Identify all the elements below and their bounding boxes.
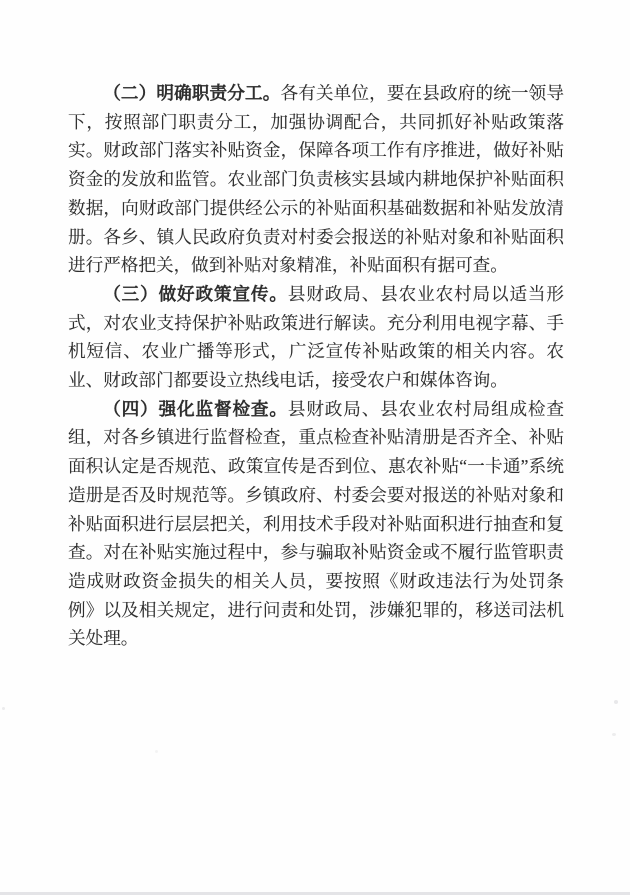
scan-speckle: [612, 733, 616, 736]
paragraph-duty-division: （二）明确职责分工。各有关单位，要在县政府的统一领导下，按照部门职责分工，加强协…: [68, 79, 564, 280]
scan-speckle: [2, 707, 5, 710]
section-heading-3: （三）做好政策宣传。: [103, 284, 288, 304]
scan-speckle: [155, 750, 158, 753]
scanned-document-page: （二）明确职责分工。各有关单位，要在县政府的统一领导下，按照部门职责分工，加强协…: [0, 0, 630, 895]
section-heading-2: （二）明确职责分工。: [103, 83, 280, 103]
section-body-2: 各有关单位，要在县政府的统一领导下，按照部门职责分工，加强协调配合，共同抓好补贴…: [68, 83, 564, 275]
document-text-block: （二）明确职责分工。各有关单位，要在县政府的统一领导下，按照部门职责分工，加强协…: [68, 79, 564, 653]
paragraph-policy-publicity: （三）做好政策宣传。县财政局、县农业农村局以适当形式，对农业支持保护补贴政策进行…: [68, 280, 564, 395]
paragraph-supervision-inspection: （四）强化监督检查。县财政局、县农业农村局组成检查组，对各乡镇进行监督检查，重点…: [68, 395, 564, 653]
section-heading-4: （四）强化监督检查。: [103, 399, 288, 419]
section-body-4: 县财政局、县农业农村局组成检查组，对各乡镇进行监督检查，重点检查补贴清册是否齐全…: [68, 399, 564, 649]
scan-speckle: [614, 700, 618, 704]
